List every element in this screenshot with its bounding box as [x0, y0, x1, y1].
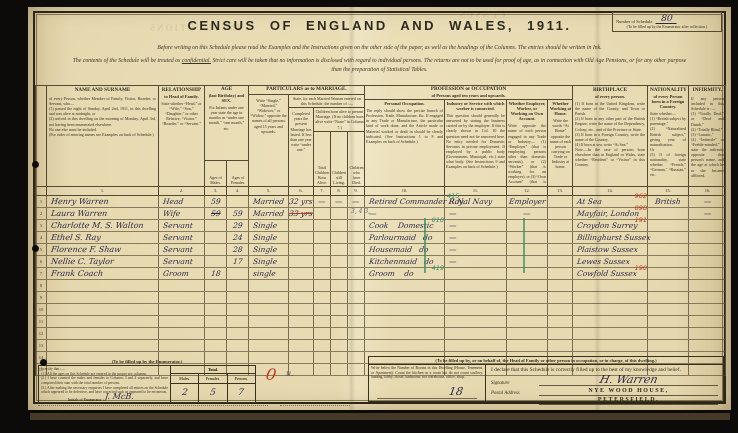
column-number: 7.	[314, 187, 331, 195]
cell-occ	[365, 316, 445, 327]
cell-occ	[365, 280, 445, 291]
cell-emp	[507, 340, 548, 351]
punch-hole	[32, 161, 39, 168]
schedule-number-box: Number of Schedule. 80 (To be filled up …	[612, 12, 722, 32]
enumerator-section: (To be filled up by the Enumerator.) I c…	[38, 359, 256, 403]
cell-cond	[249, 316, 289, 327]
table-edge-shadow	[30, 413, 730, 420]
cell-inf	[689, 244, 726, 255]
cell-yrs	[289, 316, 314, 327]
green-code-annotation: 419	[432, 265, 444, 271]
cell-am: 59	[205, 208, 227, 219]
cell-tc	[314, 328, 331, 339]
cell-inf	[689, 340, 726, 351]
householder-section-title: (To be filled up by, or on behalf of, th…	[368, 356, 724, 364]
cell-af	[227, 196, 249, 207]
handwritten-entry: Billinghurst Sussex	[576, 233, 651, 243]
green-check-line	[424, 218, 426, 273]
cell-emp	[507, 304, 548, 315]
column-number: 3.	[205, 187, 227, 195]
cell-yrs	[289, 256, 314, 267]
cell-emp	[507, 268, 548, 279]
cell-nat	[648, 292, 689, 303]
marriage-write-note: Write “Single,” “Married,” “Widower,” or…	[250, 98, 287, 134]
cell-af	[227, 328, 249, 339]
cell-cond	[249, 292, 289, 303]
cell-rel	[159, 328, 205, 339]
cell-name: Henry Warren	[47, 196, 159, 207]
cell-bp	[573, 316, 648, 327]
handwritten-entry: —	[335, 197, 344, 207]
cell-name: Frank Coach	[47, 268, 159, 279]
column-numbers-row: 1.2.3.4.5.6.7.8.9.10.11.12.13.14.15.16.	[35, 187, 726, 196]
cell-nat	[648, 340, 689, 351]
cell-am	[205, 328, 227, 339]
dotted-rule	[38, 405, 268, 406]
punch-hole	[32, 245, 39, 252]
table-row: 2Laura WarrenWife5959Married33 yrs—3, 4 …	[36, 208, 725, 220]
cell-home	[548, 304, 573, 315]
cell-ind: —	[445, 244, 507, 255]
table-row: 1Henry WarrenHead59Married32 yrs———Retir…	[36, 196, 725, 208]
handwritten-entry: Groom	[162, 269, 189, 279]
handwritten-entry: Servant	[162, 257, 193, 267]
cell-emp	[507, 292, 548, 303]
cell-af: 59	[227, 208, 249, 219]
handwritten-entry: —	[352, 197, 361, 207]
cell-cond	[249, 280, 289, 291]
cell-nat	[648, 256, 689, 267]
col-header-rownum	[36, 86, 47, 186]
cell-rel: Groom	[159, 268, 205, 279]
cell-name	[47, 316, 159, 327]
handwritten-entry: —	[703, 209, 712, 219]
cell-nat	[648, 328, 689, 339]
handwritten-entry: —	[523, 209, 532, 219]
handwritten-entry: Croydon Surrey	[576, 221, 638, 231]
cell-cd	[348, 292, 365, 303]
column-number: 10.	[365, 187, 445, 195]
cell-name: Florence F. Shaw	[47, 244, 159, 255]
col-header-ages-females: Ages of Females.	[228, 175, 248, 185]
cell-rel	[159, 316, 205, 327]
pencil-annotation: u.	[286, 369, 294, 378]
cell-ind	[445, 340, 507, 351]
handwritten-entry: Wife	[162, 209, 180, 219]
handwritten-entry: Single	[252, 233, 277, 243]
col-header-age: AGE (last Birthday) and SEX. For Infants…	[205, 86, 249, 186]
col-header-children-total: Total Children Born Alive.	[315, 165, 329, 185]
cell-rel	[159, 280, 205, 291]
cell-name	[47, 304, 159, 315]
cell-emp	[507, 232, 548, 243]
cell-name: Laura Warren	[47, 208, 159, 219]
column-number: 2.	[159, 187, 205, 195]
handwritten-entry: Married	[252, 209, 284, 219]
cell-tc: —	[314, 196, 331, 207]
row-number: 1	[36, 196, 47, 207]
cell-yrs	[289, 268, 314, 279]
cell-tc	[314, 256, 331, 267]
cell-cl	[331, 244, 348, 255]
cell-rel	[159, 340, 205, 351]
rooms-value: 18	[448, 385, 464, 398]
cell-nat	[648, 232, 689, 243]
handwritten-entry: At Sea	[576, 197, 602, 207]
pencil-annotation: 3, 4 3,	[351, 209, 370, 215]
cell-rel	[159, 304, 205, 315]
cell-am	[205, 220, 227, 231]
red-code-annotation: 191	[635, 217, 647, 223]
cell-inf	[689, 268, 726, 279]
children-note: Children born alive to present Marriage.…	[314, 108, 365, 131]
cell-cd: —	[348, 196, 365, 207]
handwritten-entry: Single	[252, 257, 277, 267]
cell-af: 28	[227, 244, 249, 255]
cell-af: 24	[227, 232, 249, 243]
cell-tc	[314, 232, 331, 243]
column-number: 5.	[249, 187, 289, 195]
rooms-box: Write below the Number of Rooms in this …	[369, 365, 486, 401]
totals-label: Total.	[171, 366, 255, 374]
cell-tc	[314, 268, 331, 279]
column-number: 8.	[331, 187, 348, 195]
cell-rel: Servant	[159, 220, 205, 231]
cell-cond	[249, 304, 289, 315]
cell-occ	[365, 328, 445, 339]
handwritten-entry: Servant	[162, 221, 193, 231]
schedule-number-label: Number of Schedule.	[616, 19, 653, 24]
green-code-annotation: 415	[447, 193, 459, 199]
cell-yrs: 32 yrs	[289, 196, 314, 207]
row-number: 11	[36, 316, 47, 327]
cell-inf	[689, 232, 726, 243]
cell-tc	[314, 292, 331, 303]
handwritten-entry: Charlotte M. S. Walton	[50, 221, 144, 231]
table-row: 6Nellie C. TaylorServant17SingleKitchenm…	[36, 256, 725, 268]
cell-tc	[314, 304, 331, 315]
handwritten-entry: Nellie C. Taylor	[50, 257, 114, 267]
cell-rel: Servant	[159, 244, 205, 255]
cell-emp	[507, 220, 548, 231]
col-header-personal-occupation: Personal Occupation. The reply should sh…	[365, 100, 445, 186]
cell-occ	[365, 304, 445, 315]
cell-bp: Plaistow Sussex	[573, 244, 648, 255]
handwritten-entry: Single	[252, 245, 277, 255]
handwritten-entry: single	[252, 269, 276, 279]
cell-cond: single	[249, 268, 289, 279]
cell-am	[205, 244, 227, 255]
handwritten-entry: 24	[232, 233, 243, 243]
cell-emp	[507, 244, 548, 255]
handwritten-entry: Married	[252, 197, 284, 207]
cell-nat	[648, 316, 689, 327]
years-married-note: Completed years the present Marriage has…	[290, 111, 312, 152]
cell-cl	[331, 256, 348, 267]
cell-bp	[573, 304, 648, 315]
rooms-note: Write below the Number of Rooms in this …	[371, 366, 483, 379]
cell-tc	[314, 244, 331, 255]
cell-af	[227, 280, 249, 291]
row-number: 7	[36, 268, 47, 279]
cell-cl	[331, 352, 348, 363]
handwritten-entry: Employer	[508, 197, 546, 207]
cell-ind	[445, 292, 507, 303]
cell-home	[548, 316, 573, 327]
cell-emp	[507, 316, 548, 327]
table-row: 9	[36, 292, 725, 304]
handwritten-entry: Cowfold Sussex	[576, 269, 637, 279]
table-row: 5Florence F. ShawServant28SingleHousemai…	[36, 244, 725, 256]
cell-name	[47, 292, 159, 303]
handwritten-entry: —	[448, 233, 457, 243]
cell-emp	[507, 256, 548, 267]
cell-occ: Parlourmaid do	[365, 232, 445, 243]
row-number: 6	[36, 256, 47, 267]
table-header: NAME AND SURNAME of every Person, whethe…	[35, 85, 726, 187]
cell-inf	[689, 292, 726, 303]
enumerator-initials-label: Initials of Enumerator.	[68, 398, 102, 402]
col-header-profession: PROFESSION or OCCUPATION of Persons aged…	[365, 86, 573, 186]
handwritten-entry: Lewes Sussex	[576, 257, 630, 267]
handwritten-entry: Plaistow Sussex	[576, 245, 638, 255]
cell-cd	[348, 304, 365, 315]
cell-nat	[648, 280, 689, 291]
cell-rel: Wife	[159, 208, 205, 219]
cell-cd	[348, 316, 365, 327]
cell-occ: Housemaid do	[365, 244, 445, 255]
cell-yrs	[289, 304, 314, 315]
cell-ind	[445, 280, 507, 291]
cell-name	[47, 328, 159, 339]
handwritten-entry: Florence F. Shaw	[50, 245, 121, 255]
cell-inf	[689, 316, 726, 327]
cell-cond	[249, 328, 289, 339]
cell-am	[205, 304, 227, 315]
cell-cl	[331, 280, 348, 291]
cell-tc	[314, 220, 331, 231]
postal-address-line2: PETERSFIELD.	[539, 397, 718, 405]
enumerator-section-title: (To be filled up by the Enumerator.)	[38, 359, 256, 364]
cell-cond	[249, 340, 289, 351]
cell-home	[548, 280, 573, 291]
cell-bp: Croydon Surrey191	[573, 220, 648, 231]
declaration-box: I declare that this Schedule is correctl…	[486, 365, 723, 401]
cell-cd	[348, 352, 365, 363]
cell-am	[205, 340, 227, 351]
handwritten-entry: Housemaid do	[368, 245, 429, 255]
cell-af	[227, 340, 249, 351]
cell-name: Ethel S. Ray	[47, 232, 159, 243]
red-code-annotation: 962	[635, 193, 647, 199]
handwritten-entry: —	[448, 257, 457, 267]
handwritten-entry: —	[448, 245, 457, 255]
col-header-working-at-home: Whether Working at Home. Write the words…	[548, 100, 573, 186]
cell-cond: Single	[249, 244, 289, 255]
col-header-industry: Industry or Service with which worker is…	[445, 100, 507, 186]
cell-yrs	[289, 280, 314, 291]
cell-nat	[648, 208, 689, 219]
cell-yrs	[289, 232, 314, 243]
married-woman-note: State, for each Married Woman entered on…	[289, 95, 365, 108]
cell-ind: —	[445, 232, 507, 243]
handwritten-entry: Frank Coach	[50, 269, 103, 279]
cell-ind	[445, 304, 507, 315]
col-header-ages-males: Ages of Males.	[206, 175, 225, 185]
col-header-name: NAME AND SURNAME of every Person, whethe…	[47, 86, 159, 186]
cell-emp	[507, 328, 548, 339]
cell-home	[548, 256, 573, 267]
column-number: 12.	[507, 187, 548, 195]
cell-ind	[445, 316, 507, 327]
cell-cond: Married	[249, 196, 289, 207]
column-number: 15.	[648, 187, 689, 195]
cell-am	[205, 232, 227, 243]
col-header-relationship: RELATIONSHIP to Head of Family. State wh…	[159, 86, 205, 186]
row-number: 10	[36, 304, 47, 315]
table-body: 1Henry WarrenHead59Married32 yrs———Retir…	[35, 196, 726, 376]
cell-tc	[314, 316, 331, 327]
cell-yrs	[289, 244, 314, 255]
handwritten-entry: 18	[210, 269, 221, 279]
cell-cd	[348, 280, 365, 291]
cell-occ	[365, 340, 445, 351]
handwritten-entry: 32 yrs	[289, 197, 314, 207]
handwritten-entry: British	[655, 197, 682, 207]
column-number: 13.	[548, 187, 573, 195]
cell-cl	[331, 364, 348, 375]
cell-rel	[159, 292, 205, 303]
table-row: 12	[36, 328, 725, 340]
cell-am: 59	[205, 196, 227, 207]
cell-ind: —	[445, 220, 507, 231]
col-header-children-died: Children who have Died.	[349, 165, 364, 185]
cell-yrs	[289, 352, 314, 363]
cell-nat: British	[648, 196, 689, 207]
cell-rel: Head	[159, 196, 205, 207]
cell-cond: Single	[249, 256, 289, 267]
instruction-line-2: The contents of the Schedule will be tre…	[72, 57, 687, 74]
cell-home	[548, 340, 573, 351]
cell-occ: Cook Domestic010	[365, 220, 445, 231]
cell-name: Charlotte M. S. Walton	[47, 220, 159, 231]
row-number: 13	[36, 340, 47, 351]
cell-am	[205, 256, 227, 267]
cell-ind: Royal Navy415	[445, 196, 507, 207]
totals-females-label: Females.	[199, 374, 227, 383]
enumerator-initials-value: J. McB.	[105, 392, 135, 402]
cell-cd	[348, 220, 365, 231]
column-number: 4.	[227, 187, 249, 195]
green-check-line	[523, 218, 525, 273]
row-number: 2	[36, 208, 47, 219]
handwritten-entry: Servant	[162, 233, 193, 243]
cell-cl	[331, 208, 348, 219]
col-header-nationality: NATIONALITY of every Person born in a Fo…	[648, 86, 689, 186]
cell-inf	[689, 304, 726, 315]
cell-af	[227, 268, 249, 279]
cell-am	[205, 316, 227, 327]
cell-rel: Servant	[159, 256, 205, 267]
cell-emp: —	[507, 208, 548, 219]
cell-tc	[314, 352, 331, 363]
cell-am	[205, 280, 227, 291]
cell-bp: Cowfold Sussex190	[573, 268, 648, 279]
handwritten-entry: Head	[162, 197, 183, 207]
cell-inf	[689, 220, 726, 231]
cell-cl	[331, 304, 348, 315]
cell-home	[548, 328, 573, 339]
signature-label: Signature	[491, 381, 535, 386]
cell-cl	[331, 268, 348, 279]
col-header-birthplace: BIRTHPLACE of every person. (1) If born …	[573, 86, 648, 186]
cell-inf	[689, 256, 726, 267]
cell-ind	[445, 328, 507, 339]
cell-tc	[314, 364, 331, 375]
handwritten-entry: 28	[232, 245, 243, 255]
cell-cl	[331, 316, 348, 327]
row-number: 12	[36, 328, 47, 339]
cell-emp	[507, 280, 548, 291]
handwritten-entry: Mayfair, London	[576, 209, 639, 219]
cell-am	[205, 292, 227, 303]
cell-nat	[648, 304, 689, 315]
handwritten-entry: 59	[210, 197, 221, 207]
cell-af	[227, 304, 249, 315]
cell-ind: —	[445, 256, 507, 267]
cell-bp	[573, 280, 648, 291]
cell-tc	[314, 280, 331, 291]
cell-home	[548, 268, 573, 279]
cell-inf: —	[689, 208, 726, 219]
cell-af	[227, 292, 249, 303]
table-row: 4Ethel S. RayServant24SingleParlourmaid …	[36, 232, 725, 244]
cell-name	[47, 340, 159, 351]
table-row: 3Charlotte M. S. WaltonServant29SingleCo…	[36, 220, 725, 232]
cell-rel: Servant	[159, 232, 205, 243]
cell-bp: Billinghurst Sussex	[573, 232, 648, 243]
cell-yrs	[289, 220, 314, 231]
rooms-underline	[377, 398, 477, 399]
postal-address-line1: NYE WOOD HOUSE,	[539, 388, 718, 396]
schedule-paper: INSTRUCTIONS CENSUS CENSUS OF ENGLAND AN…	[28, 7, 731, 410]
handwritten-entry: 59	[232, 209, 243, 219]
cell-cd	[348, 244, 365, 255]
cell-occ: Retired Commander R.N.	[365, 196, 445, 207]
cell-home	[548, 208, 573, 219]
col-header-children-living: Children still Living.	[332, 170, 346, 185]
handwritten-entry: —	[448, 209, 457, 219]
cell-cond: Married	[249, 208, 289, 219]
cell-occ: Groom do419	[365, 268, 445, 279]
green-code-annotation: 010	[432, 217, 444, 223]
cell-ind	[445, 268, 507, 279]
row-number: 3	[36, 220, 47, 231]
cell-bp	[573, 328, 648, 339]
cell-inf	[689, 280, 726, 291]
cell-emp: Employer	[507, 196, 548, 207]
handwritten-entry: Groom do	[368, 269, 414, 279]
cell-nat	[648, 220, 689, 231]
handwritten-entry: Laura Warren	[50, 209, 107, 219]
cell-cl	[331, 220, 348, 231]
cell-tc	[314, 208, 331, 219]
cell-cl	[331, 292, 348, 303]
signature-value: H. Warren	[599, 375, 659, 384]
cell-cl	[331, 328, 348, 339]
cell-nat	[648, 268, 689, 279]
cell-cl	[331, 340, 348, 351]
